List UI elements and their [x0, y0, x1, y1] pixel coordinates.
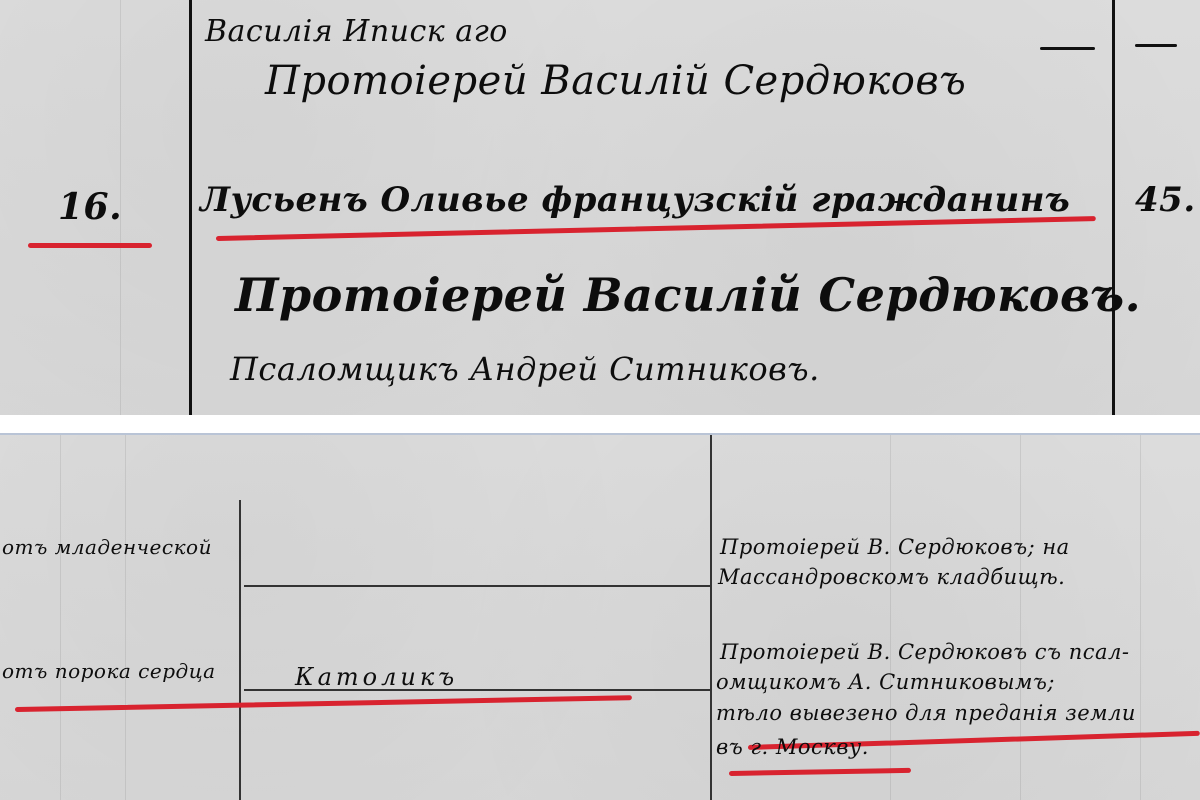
- column-rule-right: [1112, 0, 1115, 415]
- highlight-note-line4: [729, 768, 911, 776]
- priest-signature: Протоіерей Василій Сердюковъ.: [235, 268, 1141, 322]
- note-line1: Протоіерей В. Сердюковъ съ псал-: [720, 640, 1129, 664]
- dash-mark: [1040, 47, 1095, 50]
- register-page-top: Василія Иписк аго Протоіерей Василій Сер…: [0, 0, 1200, 415]
- highlight-cause-religion: [15, 695, 632, 712]
- faint-column-rule: [1140, 435, 1141, 800]
- highlight-entry-number: [28, 243, 152, 248]
- entry-number: 16.: [58, 186, 122, 228]
- psalmist-signature: Псаломщикъ Андрей Ситниковъ.: [230, 350, 820, 388]
- cause-of-death: отъ порока сердца: [2, 659, 216, 683]
- prev-cause-of-death: отъ младенческой: [2, 535, 212, 559]
- faint-column-rule: [125, 435, 126, 800]
- register-page-bottom: отъ младенческой отъ порока сердца Катол…: [0, 433, 1200, 800]
- column-rule-cause: [239, 500, 241, 800]
- row-rule: [244, 585, 710, 587]
- column-rule-left: [189, 0, 192, 415]
- age-value: 45.: [1135, 180, 1196, 220]
- faint-column-rule: [1020, 435, 1021, 800]
- prev-entry-line1: Василія Иписк аго: [205, 14, 508, 49]
- faint-column-rule: [60, 435, 61, 800]
- prev-note-line1: Протоіерей В. Сердюковъ; на: [720, 535, 1070, 559]
- column-rule-religion: [710, 435, 712, 800]
- note-line3: тѣло вывезено для преданія земли: [716, 701, 1136, 725]
- note-line2: омщикомъ А. Ситниковымъ;: [716, 670, 1055, 694]
- note-line4: въ г. Москву.: [716, 735, 869, 759]
- dash-mark-age-column: [1135, 44, 1177, 47]
- religion-value: Католикъ: [295, 663, 458, 691]
- prev-note-line2: Массандровскомъ кладбищѣ.: [718, 565, 1065, 589]
- prev-entry-signature: Протоіерей Василій Сердюковъ: [265, 58, 966, 104]
- deceased-name: Лусьенъ Оливье французскій гражданинъ: [200, 180, 1070, 220]
